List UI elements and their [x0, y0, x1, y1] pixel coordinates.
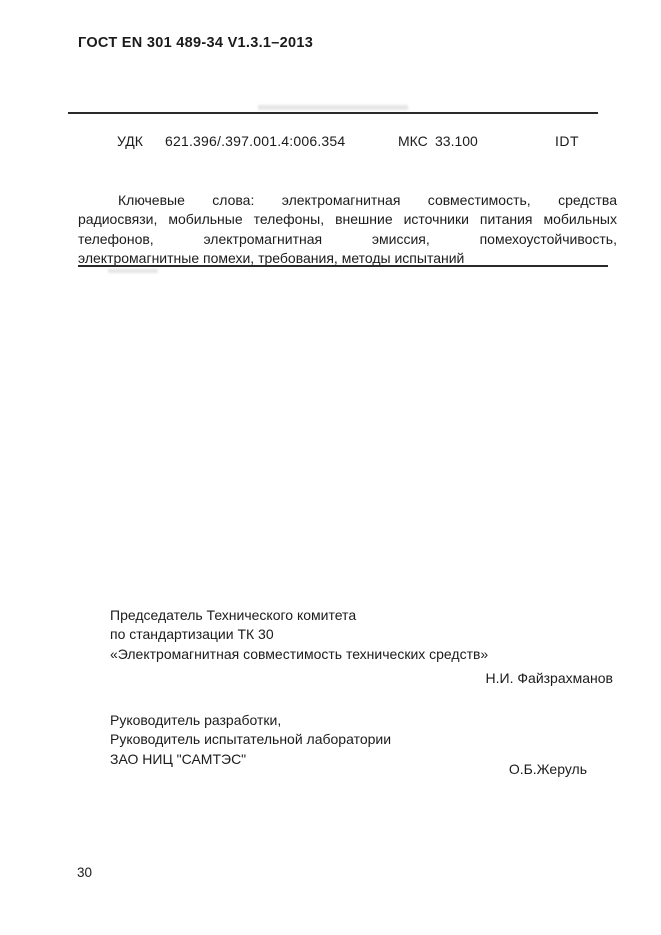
committee-title-line: по стандартизации ТК 30	[110, 625, 630, 644]
idt-adoption-code: IDT	[555, 133, 579, 149]
keywords-line: Ключевые слова: электромагнитная совмест…	[78, 191, 617, 210]
developer-name: О.Б.Жеруль	[78, 761, 587, 777]
keywords-paragraph: Ключевые слова: электромагнитная совмест…	[78, 191, 617, 269]
scan-artifact	[258, 105, 408, 110]
classification-row: УДК 621.396/.397.001.4:006.354 МКС 33.10…	[0, 133, 661, 151]
udk-label: УДК	[117, 133, 143, 149]
scan-artifact	[108, 269, 158, 273]
developer-title-line: Руководитель разработки,	[110, 711, 630, 730]
committee-signature-block: Председатель Технического комитета по ст…	[110, 606, 630, 664]
document-page: ГОСТ EN 301 489-34 V1.3.1–2013 УДК 621.3…	[0, 0, 661, 935]
horizontal-rule-bottom	[78, 265, 608, 267]
chairman-name: Н.И. Файзрахманов	[78, 670, 613, 686]
horizontal-rule-top	[68, 112, 598, 114]
committee-title-line: «Электромагнитная совместимость техничес…	[110, 645, 630, 664]
keywords-line: телефонов, электромагнитная эмиссия, пом…	[78, 230, 617, 249]
keywords-line: радиосвязи, мобильные телефоны, внешние …	[78, 210, 617, 229]
udk-value: 621.396/.397.001.4:006.354	[165, 133, 345, 149]
developer-title-line: Руководитель испытательной лаборатории	[110, 730, 630, 749]
committee-title-line: Председатель Технического комитета	[110, 606, 630, 625]
page-header-standard-designation: ГОСТ EN 301 489-34 V1.3.1–2013	[78, 35, 313, 51]
page-number: 30	[77, 865, 92, 880]
mks-label: МКС	[398, 133, 428, 149]
mks-value: 33.100	[435, 133, 478, 149]
